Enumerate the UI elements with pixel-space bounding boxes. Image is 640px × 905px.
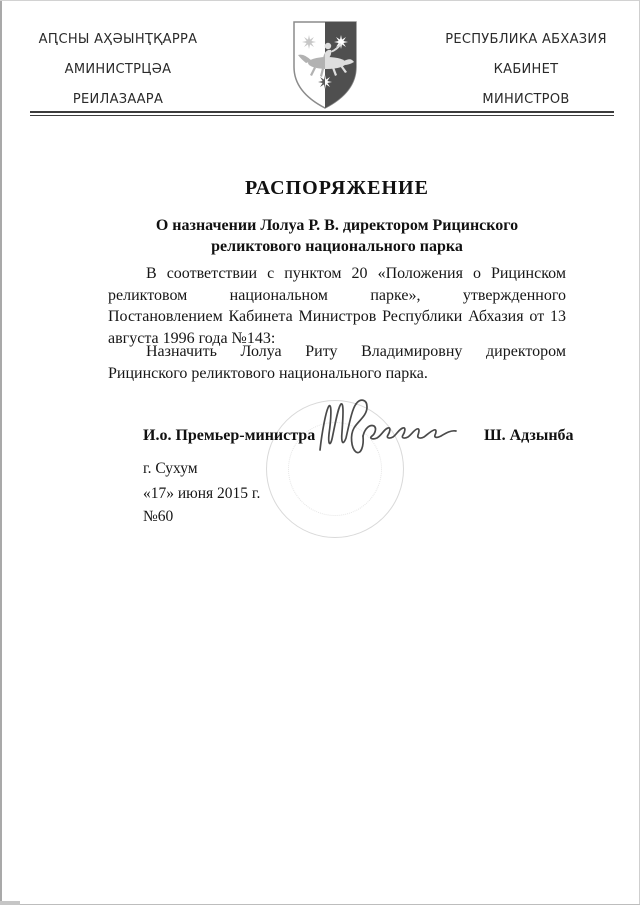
letterhead-russian: РЕСПУБЛИКА АБХАЗИЯ КАБИНЕТ МИНИСТРОВ <box>428 25 624 115</box>
signer-name: Ш. Адзынба <box>484 427 574 445</box>
handwritten-signature <box>298 394 468 467</box>
letterhead-abkhaz-line1: АԤСНЫ АҲӘЫНҬҚАРРА <box>18 25 218 55</box>
decree-document-page: АԤСНЫ АҲӘЫНҬҚАРРА АМИНИСТРЦӘА РЕИЛАЗААРА <box>0 0 640 905</box>
document-date: «17» июня 2015 г. <box>143 485 260 503</box>
letterhead-russian-line2: КАБИНЕТ <box>428 55 624 85</box>
body-paragraph-legal-basis: В соответствии с пунктом 20 «Положения о… <box>108 263 566 349</box>
scan-corner-smudge <box>0 901 20 905</box>
document-title: РАСПОРЯЖЕНИЕ <box>108 177 566 200</box>
letterhead-abkhaz-line2: АМИНИСТРЦӘА <box>18 55 218 85</box>
signer-position: И.о. Премьер-министра <box>143 427 315 445</box>
coat-of-arms-icon <box>291 20 359 115</box>
body-paragraph-appointment: Назначить Лолуа Риту Владимировну директ… <box>108 341 566 384</box>
letterhead-russian-line1: РЕСПУБЛИКА АБХАЗИЯ <box>428 25 624 55</box>
scan-edge-top <box>0 0 640 1</box>
letterhead-abkhaz: АԤСНЫ АҲӘЫНҬҚАРРА АМИНИСТРЦӘА РЕИЛАЗААРА <box>18 25 218 115</box>
document-subject-text: О назначении Лолуа Р. В. директором Рици… <box>141 215 533 257</box>
document-subject: О назначении Лолуа Р. В. директором Рици… <box>120 215 554 257</box>
letterhead-divider-rule <box>30 111 614 116</box>
document-city: г. Сухум <box>143 460 198 478</box>
document-number: №60 <box>143 508 173 526</box>
scan-edge-left <box>0 0 2 905</box>
